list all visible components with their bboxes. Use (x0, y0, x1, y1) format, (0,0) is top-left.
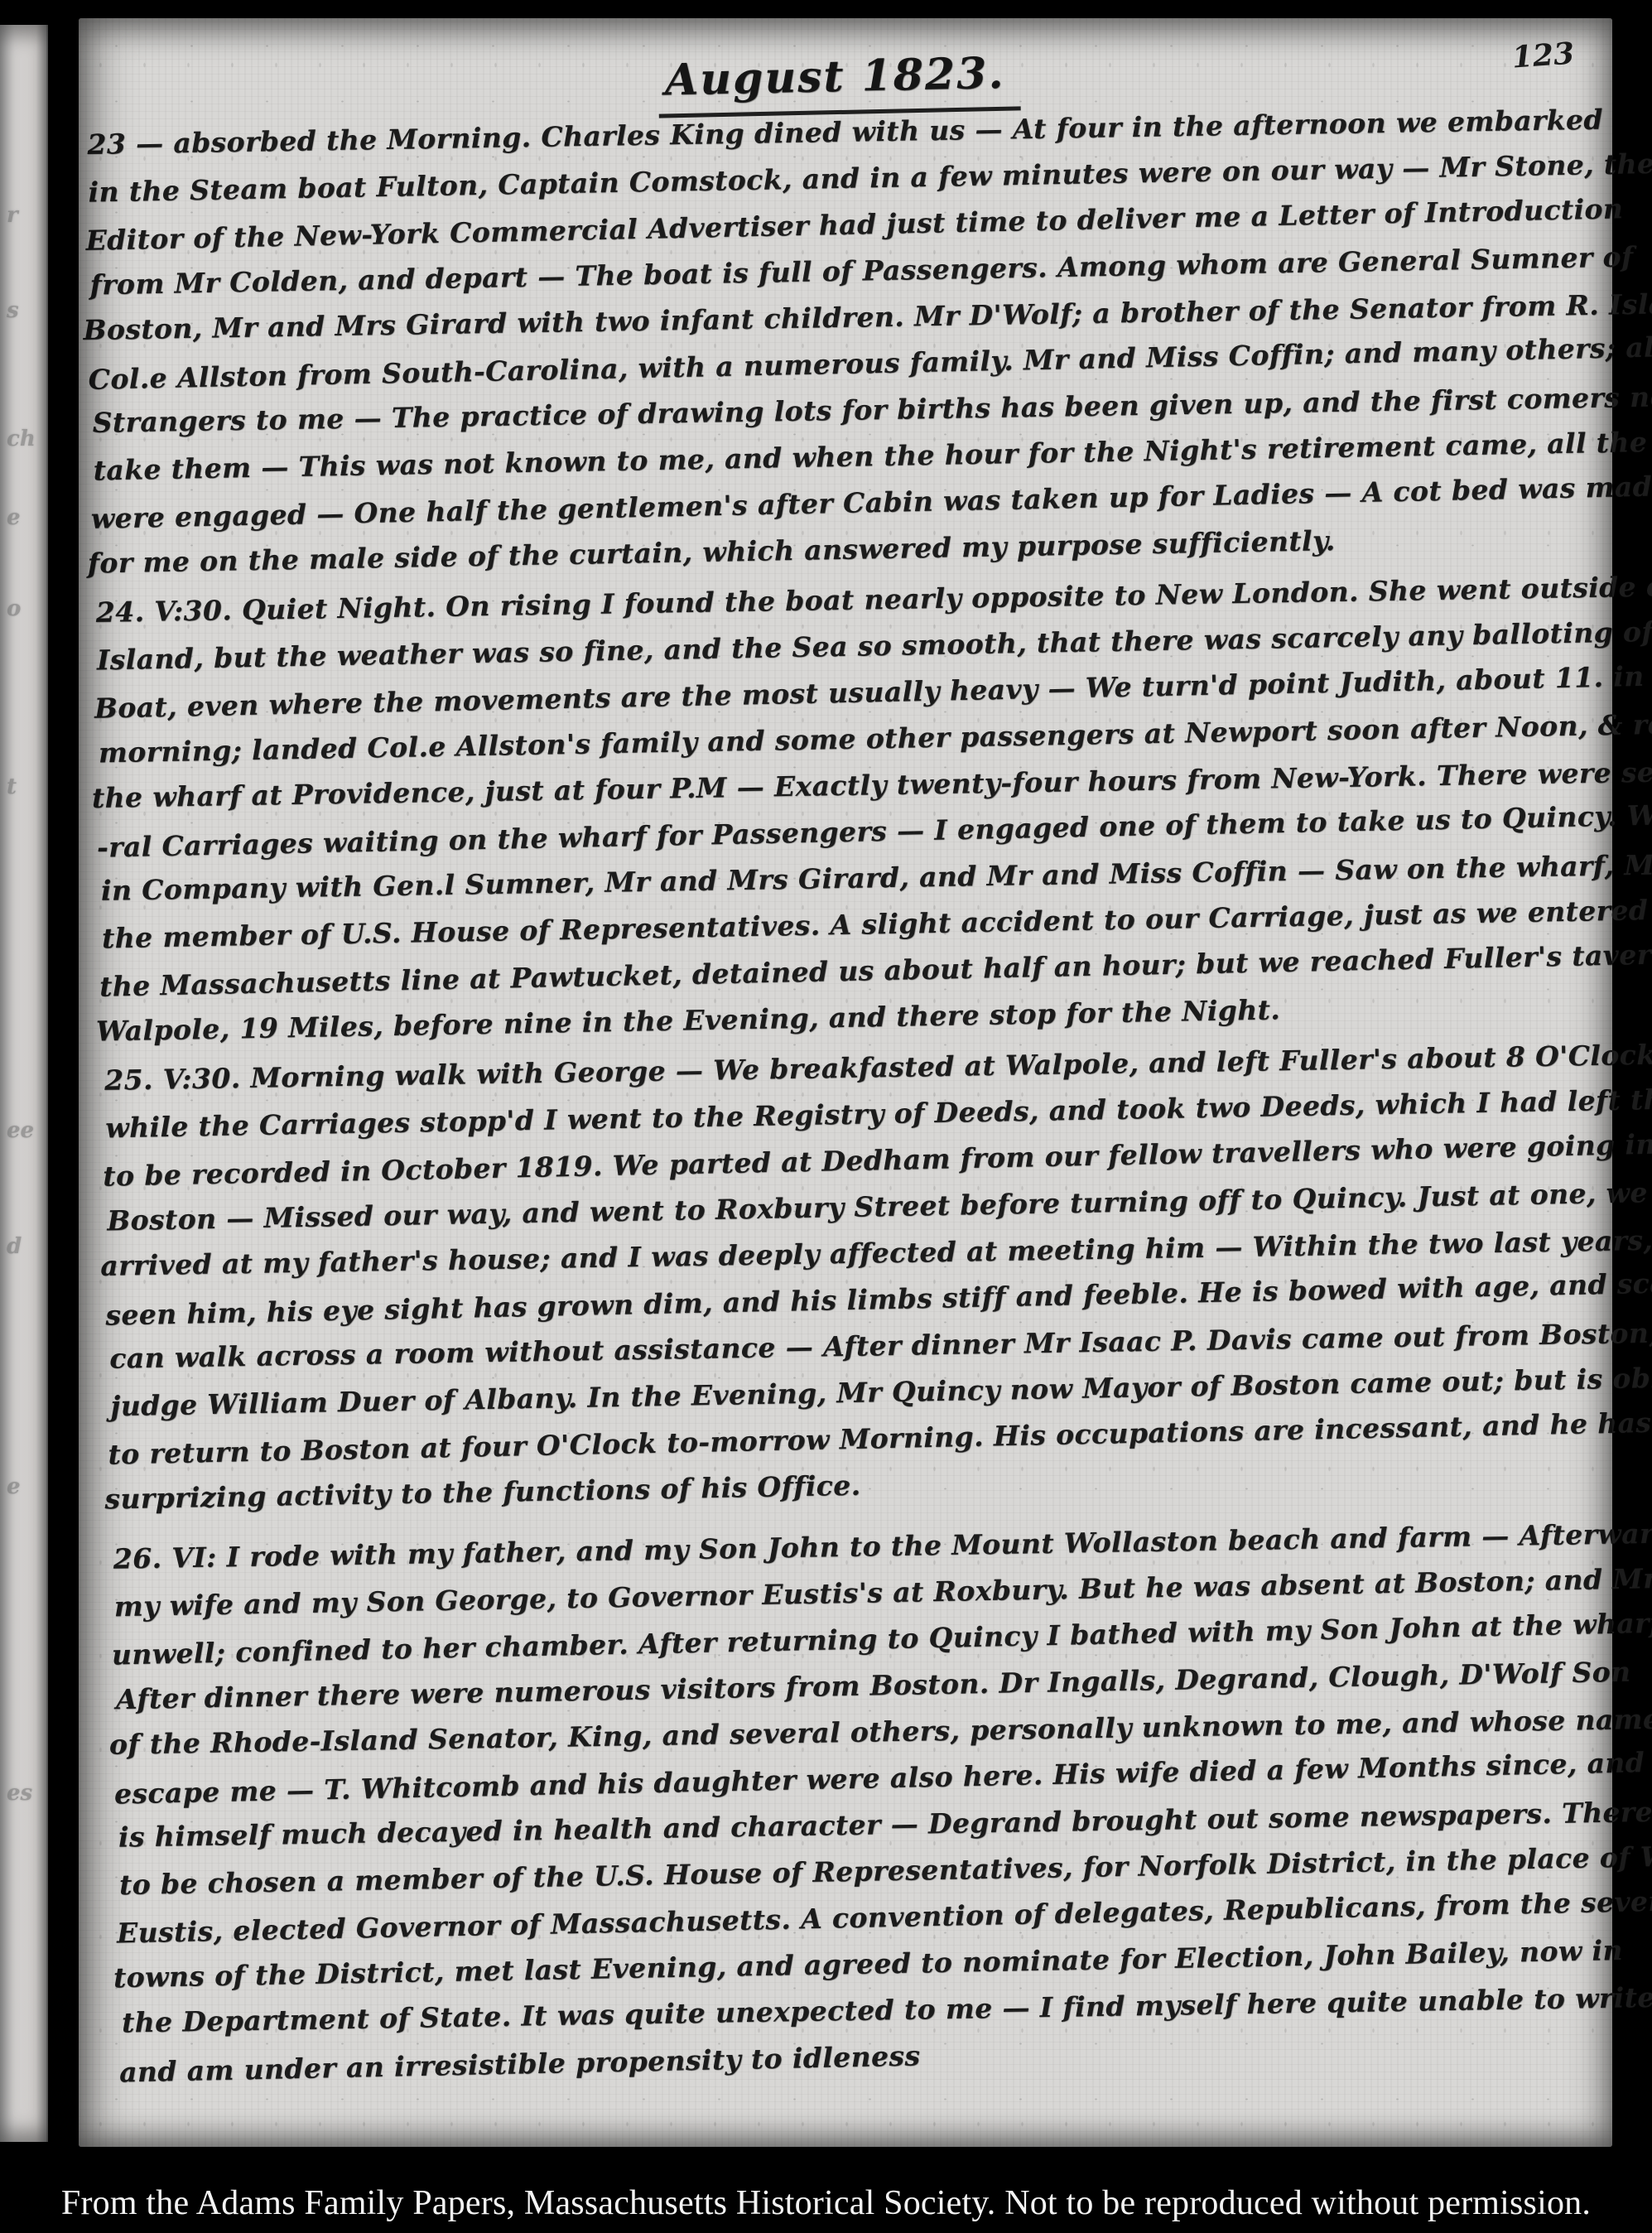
manuscript-scan: rscheoteedees 123 August 1823. 23 — abso… (0, 0, 1652, 2233)
facing-page-text-fragment: es (7, 1781, 32, 1806)
facing-page-text-fragment: ee (7, 1118, 34, 1143)
diary-entry: 23 — absorbed the Morning. Charles King … (87, 95, 1616, 587)
manuscript-body: 23 — absorbed the Morning. Charles King … (87, 95, 1643, 2094)
page-number: 123 (1510, 36, 1575, 75)
diary-entry: 24. V:30. Quiet Night. On rising I found… (95, 563, 1624, 1055)
facing-page-text-fragment: e (7, 505, 21, 530)
facing-page-text-fragment: o (7, 596, 21, 621)
facing-page-text-fragment: e (7, 1474, 21, 1499)
credit-bar: From the Adams Family Papers, Massachuse… (0, 2147, 1652, 2233)
diary-entry: 26. VI: I rode with my father, and my So… (113, 1510, 1643, 2095)
facing-page-edge: rscheoteedees (0, 25, 48, 2142)
facing-page-text-fragment: ch (7, 427, 36, 451)
facing-page-text-fragment: t (7, 774, 17, 799)
diary-entry: 25. V:30. Morning walk with George — We … (104, 1031, 1633, 1523)
facing-page-text-fragment: s (7, 298, 19, 323)
book-gutter-shadow (46, 0, 81, 2170)
diary-page: 123 August 1823. 23 — absorbed the Morni… (79, 18, 1612, 2147)
credit-text: From the Adams Family Papers, Massachuse… (0, 2183, 1652, 2223)
facing-page-text-fragment: r (7, 203, 18, 228)
facing-page-text-fragment: d (7, 1234, 22, 1259)
